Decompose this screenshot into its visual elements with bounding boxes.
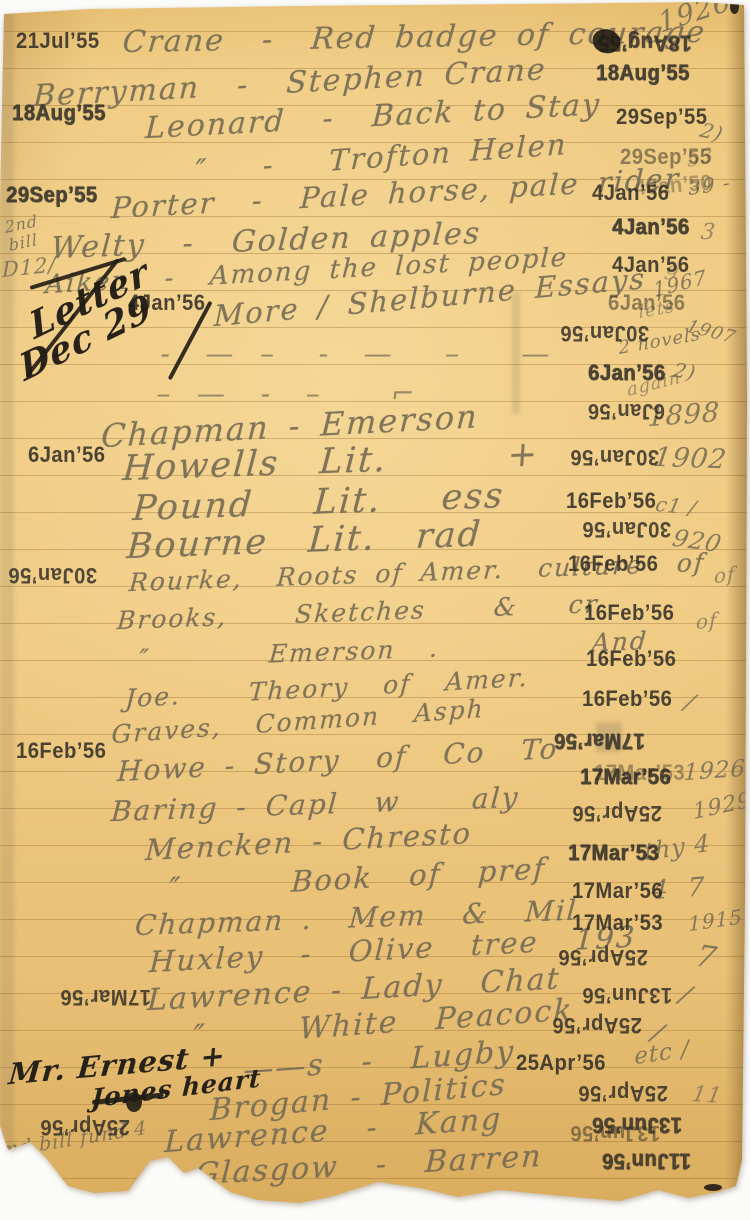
ink-blot — [126, 1092, 142, 1112]
pencil-annotation: of — [696, 610, 717, 632]
date-stamp-inverted: 30Jan’56 — [570, 446, 659, 468]
pencil-annotation: 920 — [670, 526, 724, 556]
date-stamp-inverted: 13Jun’56 — [570, 1122, 660, 1144]
date-stamp: 29Sep’55 — [616, 106, 707, 128]
date-stamp: 16Feb’56 — [586, 648, 676, 670]
date-stamp-inverted: 25Apr’56 — [578, 1082, 668, 1104]
handwritten-entry: Brooks, Sketches & cr — [116, 591, 599, 633]
ditto-dashes: - — – - — – — — [159, 340, 551, 368]
date-stamp: 16Feb’56 — [566, 490, 656, 512]
date-stamp: 17Mar’53 — [568, 842, 659, 864]
date-stamp-inverted: 30Jan’56 — [582, 518, 671, 540]
ink-blot — [704, 1184, 722, 1191]
date-stamp-inverted: 25Apr’56 — [40, 1116, 130, 1138]
date-stamp-inverted: 11Jun’56 — [602, 1150, 691, 1172]
date-stamp: 16Feb’56 — [582, 688, 672, 710]
pencil-annotation: bill — [8, 232, 39, 254]
handwritten-entry: ″ Emerson . And — [138, 628, 649, 671]
pencil-annotation: / — [676, 982, 695, 1009]
date-stamp: 4Jan’56 — [612, 216, 689, 238]
pencil-annotation: 1902 — [652, 444, 728, 473]
pencil-annotation: 7 — [693, 942, 720, 974]
pencil-annotation: of — [714, 564, 735, 586]
date-stamp: 17Mar’56 — [572, 880, 663, 902]
date-stamp-inverted: 6Jan’56 — [587, 400, 664, 422]
pencil-annotation: c1 / — [654, 494, 699, 518]
date-stamp-inverted: 17Mar’56 — [554, 730, 645, 752]
paper-shadow-wrapper: Crane - Red badge of courageBerryman - S… — [0, 0, 750, 1220]
date-stamp-inverted: 25Apr’56 — [558, 946, 648, 968]
date-stamp: 4Jan’50 — [634, 172, 713, 199]
date-stamp: 6Jan’56 — [588, 362, 665, 384]
date-stamp: 16Feb’56 — [16, 740, 106, 762]
date-stamp-inverted: 25Apr’56 — [552, 1014, 642, 1036]
date-stamp: 16Feb’56 — [584, 602, 674, 624]
pencil-annotation: / — [682, 690, 699, 715]
date-stamp-inverted: 17Mar’56 — [60, 986, 151, 1008]
date-stamp: 29Sep’55 — [620, 146, 711, 168]
date-stamp: 17Mar’53 — [594, 762, 685, 784]
date-stamp-inverted: 13Jun’56 — [582, 984, 672, 1006]
pencil-annotation: 11 — [690, 1084, 724, 1108]
date-stamp: 6Jan’56 — [28, 444, 105, 466]
date-stamp: 4Jan’56 — [612, 254, 689, 276]
date-stamp-inverted: 30Jan’56 — [560, 322, 649, 344]
pencil-annotation: 3 — [700, 222, 717, 244]
date-stamp: 18Aug’55 — [596, 62, 690, 84]
ledger-page: Crane - Red badge of courageBerryman - S… — [0, 0, 750, 1220]
date-stamp: 6Jan’56 — [608, 292, 685, 314]
date-stamp-inverted: 25Apr’56 — [572, 802, 662, 824]
scan-background: Crane - Red badge of courageBerryman - S… — [0, 0, 750, 1220]
date-stamp: 18Aug’55 — [12, 102, 106, 124]
pencil-annotation: 1926 — [683, 758, 746, 785]
date-stamp: 25Apr’56 — [516, 1052, 606, 1074]
date-stamp-inverted: 30Jan’56 — [8, 564, 97, 586]
date-stamp: 16Feb’56 — [568, 553, 658, 575]
date-stamp: 21Jul’55 — [16, 30, 100, 52]
ink-blot — [730, 0, 739, 14]
date-stamp: 17Mar’53 — [572, 912, 663, 934]
date-stamp: 29Sep’55 — [6, 184, 97, 206]
pencil-annotation: etc / — [634, 1038, 690, 1069]
pencil-annotation: D12/ — [2, 254, 56, 281]
